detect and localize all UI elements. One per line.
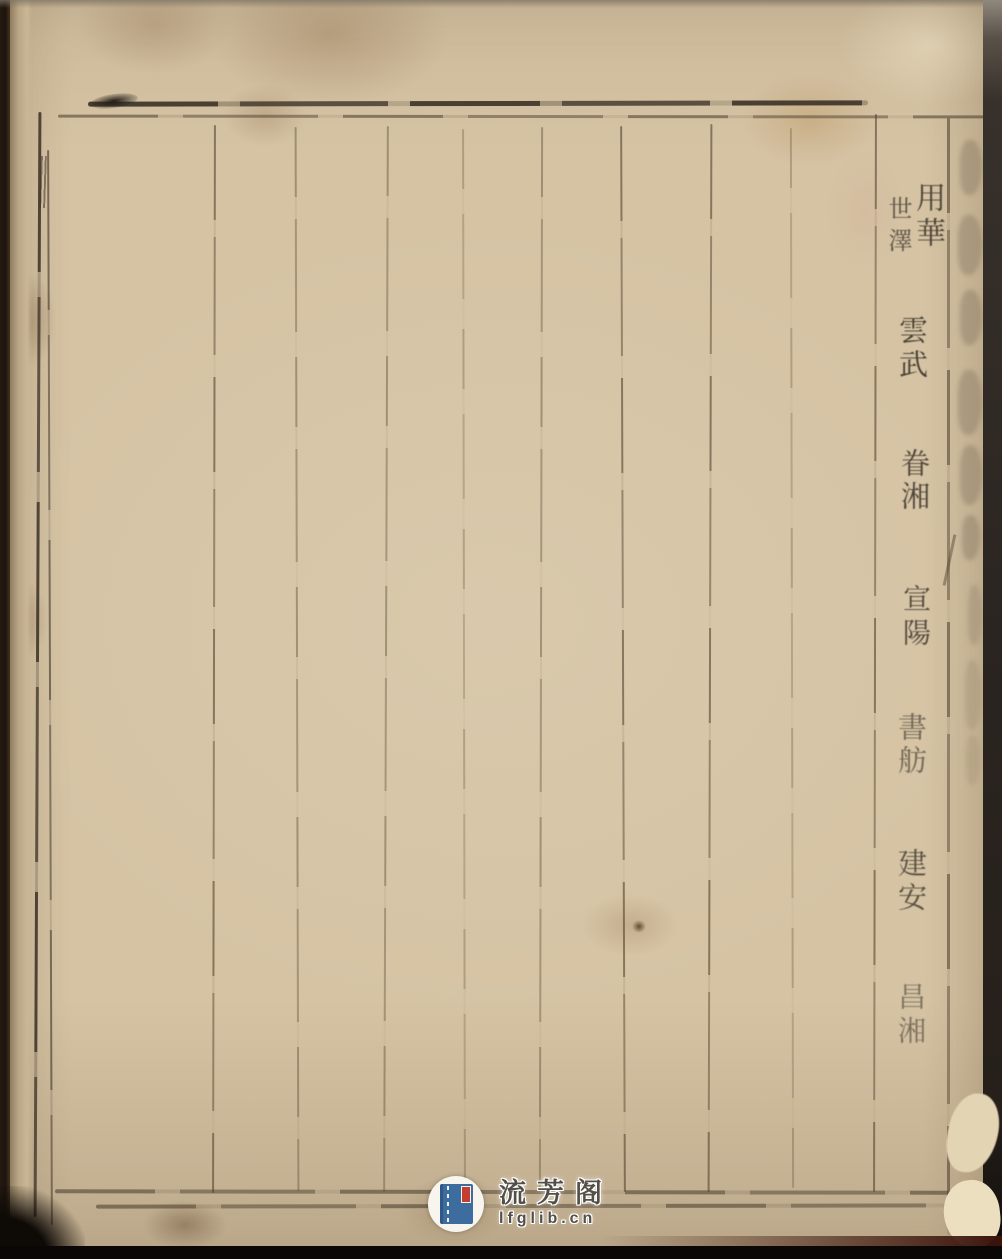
watermark-text: 流芳阁 lfglib.cn	[499, 1180, 613, 1227]
watermark: 流芳阁 lfglib.cn	[428, 1176, 613, 1232]
ink-spot	[632, 920, 646, 933]
watermark-site-domain: lfglib.cn	[499, 1210, 613, 1228]
column-rule-line	[947, 118, 950, 1235]
scan-edge-top	[0, 0, 1002, 8]
scan-edge-right	[983, 0, 1002, 1259]
margin-name-top-left: 世澤	[886, 196, 910, 260]
margin-name-top-right: 用華	[912, 182, 942, 252]
watermark-site-name: 流芳阁	[499, 1180, 613, 1208]
margin-name: 眷湘	[899, 448, 928, 514]
scan-edge-bottom	[0, 1246, 1002, 1259]
margin-name: 書舫	[896, 712, 925, 778]
page-edge-strip	[10, 0, 32, 1259]
paper-sheet	[10, 0, 985, 1250]
stitched-book-icon	[440, 1184, 473, 1224]
margin-name: 建安	[896, 848, 925, 916]
margin-name: 昌湘	[896, 982, 924, 1050]
binding-edge-dark	[0, 0, 10, 1259]
scanned-book-page: 用華 世澤 雲武 眷湘 宣陽 書舫 建安 昌湘 流芳阁 lfglib.cn	[0, 0, 1002, 1259]
watermark-logo-circle	[428, 1176, 484, 1232]
margin-name: 宣陽	[901, 584, 929, 652]
margin-name: 雲武	[897, 315, 926, 383]
